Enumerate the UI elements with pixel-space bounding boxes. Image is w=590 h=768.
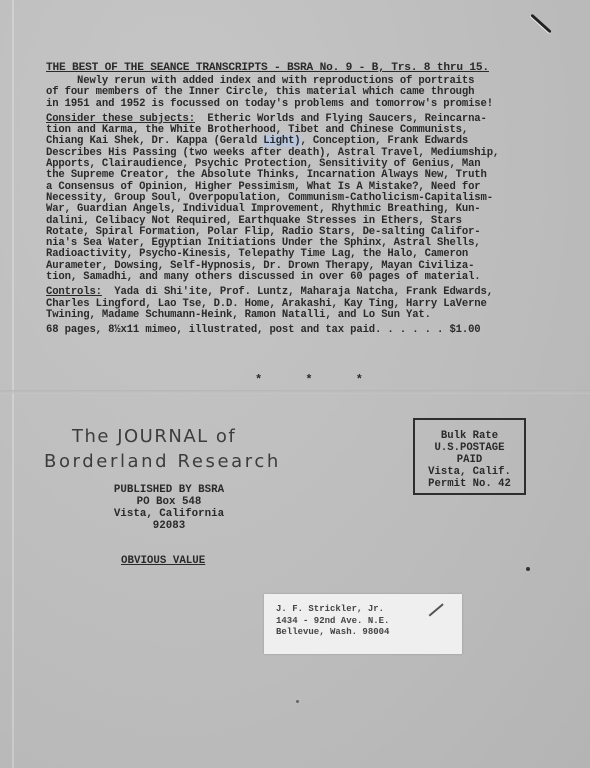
ink-speck	[296, 700, 299, 703]
body-text: Newly rerun with added index and with re…	[46, 76, 546, 337]
masthead-line2: Borderland Research	[44, 449, 281, 475]
masthead: The JOURNAL of Borderland Research	[44, 425, 281, 475]
subjects-label: Consider these subjects:	[46, 113, 195, 125]
subjects-line: the Supreme Creator, the Absolute Thinks…	[46, 170, 546, 181]
price-line: 68 pages, 8½x11 mimeo, illustrated, post…	[46, 325, 546, 336]
separator-stars: * * *	[255, 373, 381, 387]
obvious-value-label: OBVIOUS VALUE	[121, 555, 205, 567]
headline: THE BEST OF THE SEANCE TRANSCRIPTS - BSR…	[46, 62, 489, 74]
controls-label: Controls:	[46, 286, 102, 298]
mailing-address: J. F. Strickler, Jr. 1434 - 92nd Ave. N.…	[276, 604, 389, 639]
page-fold	[0, 390, 590, 394]
subjects-line: tion, Samadhi, and many others discussed…	[46, 272, 546, 283]
intro-line: of four members of the Inner Circle, thi…	[46, 87, 546, 98]
subjects-line: War, Guardian Angels, Individual Improve…	[46, 204, 546, 215]
ink-speck	[526, 567, 530, 571]
intro-line: in 1951 and 1952 is focussed on today's …	[46, 99, 546, 110]
checkmark-icon	[429, 603, 444, 616]
publisher-block: PUBLISHED BY BSRA PO Box 548 Vista, Cali…	[104, 484, 234, 532]
postage-indicia: Bulk Rate U.S.POSTAGE PAID Vista, Calif.…	[413, 418, 526, 495]
staple-icon	[530, 14, 551, 34]
controls-line: Controls: Yada di Shi'ite, Prof. Luntz, …	[46, 287, 546, 298]
controls-line: Twining, Madame Schumann-Heink, Ramon Na…	[46, 310, 546, 321]
text-selection-highlight[interactable]: Light)	[263, 135, 300, 147]
masthead-line1: The JOURNAL of	[72, 425, 281, 449]
mailing-label: J. F. Strickler, Jr. 1434 - 92nd Ave. N.…	[264, 594, 462, 654]
scanned-page: THE BEST OF THE SEANCE TRANSCRIPTS - BSR…	[0, 0, 590, 768]
